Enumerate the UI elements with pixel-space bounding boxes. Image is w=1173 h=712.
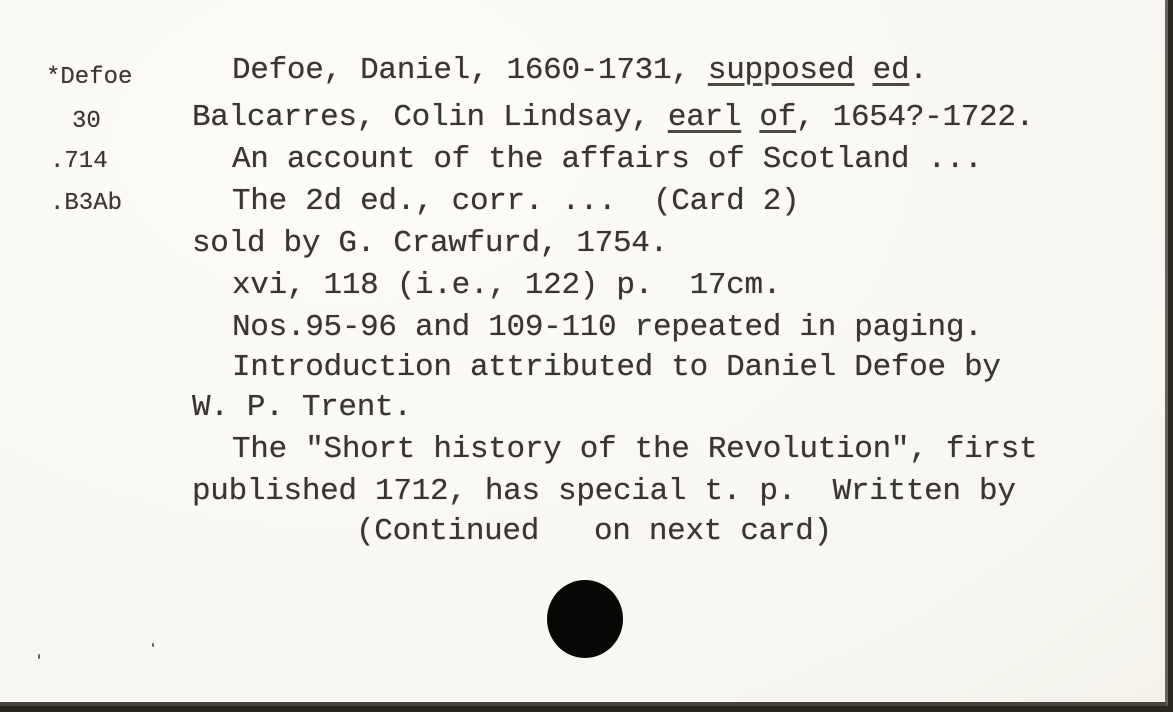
note-line-5: published 1712, has special t. p. Writte… [192, 476, 1016, 507]
note-line-1: Nos.95-96 and 109-110 repeated in paging… [232, 312, 982, 343]
added-entry-ed: ed [873, 53, 910, 88]
imprint-line: sold by G. Crawfurd, 1754. [192, 228, 668, 259]
main-entry-earl: earl [668, 100, 741, 135]
added-entry: Defoe, Daniel, 1660-1731, supposed ed. [232, 55, 928, 86]
main-entry-suffix: , 1654?-1722. [796, 100, 1034, 135]
collation-line: xvi, 118 (i.e., 122) p. 17cm. [232, 270, 781, 301]
call-number-line-2: 30 [72, 108, 101, 135]
call-number-line-3: .714 [50, 148, 108, 175]
added-entry-prefix: Defoe, Daniel, 1660-1731, [232, 53, 708, 88]
edition-line: The 2d ed., corr. ... (Card 2) [232, 186, 799, 217]
note-line-2: Introduction attributed to Daniel Defoe … [232, 352, 1001, 383]
main-entry: Balcarres, Colin Lindsay, earl of, 1654?… [192, 102, 1034, 133]
speck-mark [38, 654, 40, 659]
note-line-4: The "Short history of the Revolution", f… [232, 434, 1037, 465]
added-entry-suffix: . [909, 53, 927, 88]
punch-hole [547, 580, 623, 658]
added-entry-supposed: supposed [708, 53, 854, 88]
speck-mark [152, 643, 154, 647]
note-line-3: W. P. Trent. [192, 392, 412, 423]
main-entry-prefix: Balcarres, Colin Lindsay, [192, 100, 668, 135]
title-line: An account of the affairs of Scotland ..… [232, 144, 982, 175]
call-number-line-1: *Defoe [46, 64, 132, 91]
call-number-line-4: .B3Ab [50, 190, 122, 217]
main-entry-of: of [759, 100, 796, 135]
continued-note: (Continued on next card) [356, 516, 832, 547]
catalog-card: *Defoe 30 .714 .B3Ab Defoe, Daniel, 1660… [0, 0, 1168, 706]
